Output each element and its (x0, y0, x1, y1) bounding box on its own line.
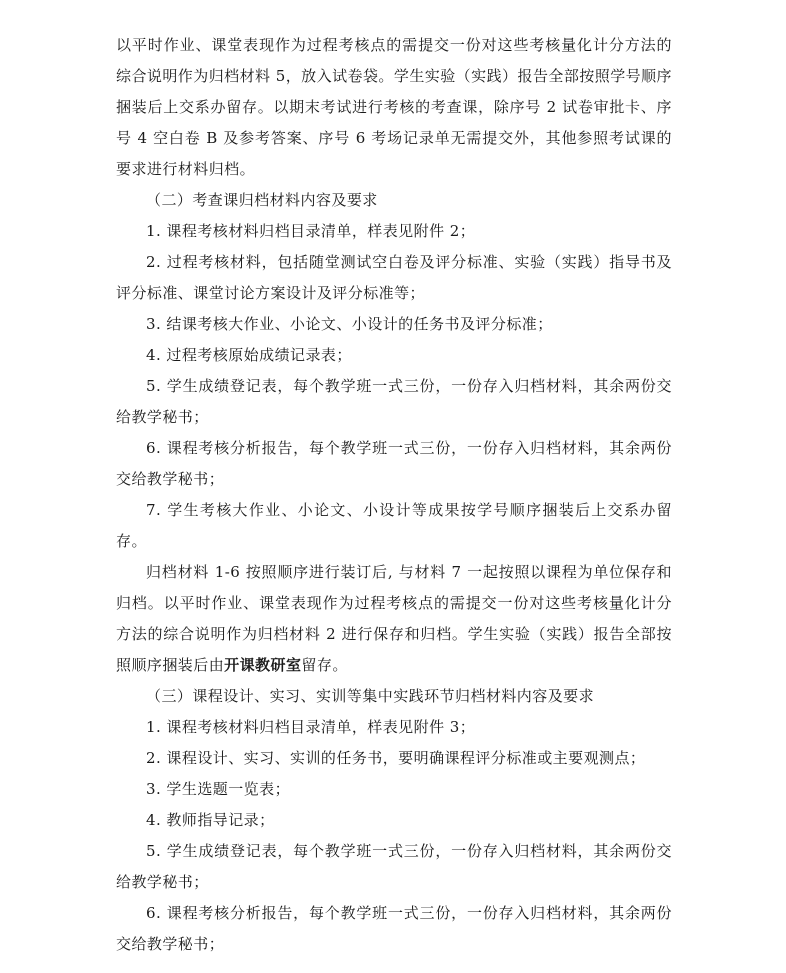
section-3-heading: （三）课程设计、实习、实训等集中实践环节归档材料内容及要求 (116, 681, 672, 712)
section-3-item-3: 3. 学生选题一览表； (116, 774, 672, 805)
closing-text-end: 留存。 (301, 656, 347, 674)
section-2-item-4: 4. 过程考核原始成绩记录表； (116, 340, 672, 371)
intro-paragraph: 以平时作业、课堂表现作为过程考核点的需提交一份对这些考核量化计分方法的综合说明作… (116, 30, 672, 185)
section-2-item-1: 1. 课程考核材料归档目录清单，样表见附件 2； (116, 216, 672, 247)
section-2-item-2: 2. 过程考核材料，包括随堂测试空白卷及评分标准、实验（实践）指导书及评分标准、… (116, 247, 672, 309)
section-2-item-6: 6. 课程考核分析报告，每个教学班一式三份，一份存入归档材料，其余两份交给教学秘… (116, 433, 672, 495)
section-2-item-5: 5. 学生成绩登记表，每个教学班一式三份，一份存入归档材料，其余两份交给教学秘书… (116, 371, 672, 433)
section-2-closing-paragraph: 归档材料 1-6 按照顺序进行装订后, 与材料 7 一起按照以课程为单位保存和归… (116, 557, 672, 681)
closing-text-bold: 开课教研室 (224, 656, 301, 674)
section-3-item-5: 5. 学生成绩登记表，每个教学班一式三份，一份存入归档材料，其余两份交给教学秘书… (116, 836, 672, 898)
section-3-item-1: 1. 课程考核材料归档目录清单，样表见附件 3； (116, 712, 672, 743)
document-page: 以平时作业、课堂表现作为过程考核点的需提交一份对这些考核量化计分方法的综合说明作… (116, 30, 672, 960)
section-2-item-7: 7. 学生考核大作业、小论文、小设计等成果按学号顺序捆装后上交系办留存。 (116, 495, 672, 557)
section-2-heading: （二）考查课归档材料内容及要求 (116, 185, 672, 216)
section-2-item-3: 3. 结课考核大作业、小论文、小设计的任务书及评分标准； (116, 309, 672, 340)
closing-text-start: 归档材料 1-6 按照顺序进行装订后, 与材料 7 一起按照以课程为单位保存和归… (116, 563, 672, 674)
section-3-item-6: 6. 课程考核分析报告，每个教学班一式三份，一份存入归档材料，其余两份交给教学秘… (116, 898, 672, 960)
section-3-item-4: 4. 教师指导记录； (116, 805, 672, 836)
section-3-item-2: 2. 课程设计、实习、实训的任务书，要明确课程评分标准或主要观测点； (116, 743, 672, 774)
